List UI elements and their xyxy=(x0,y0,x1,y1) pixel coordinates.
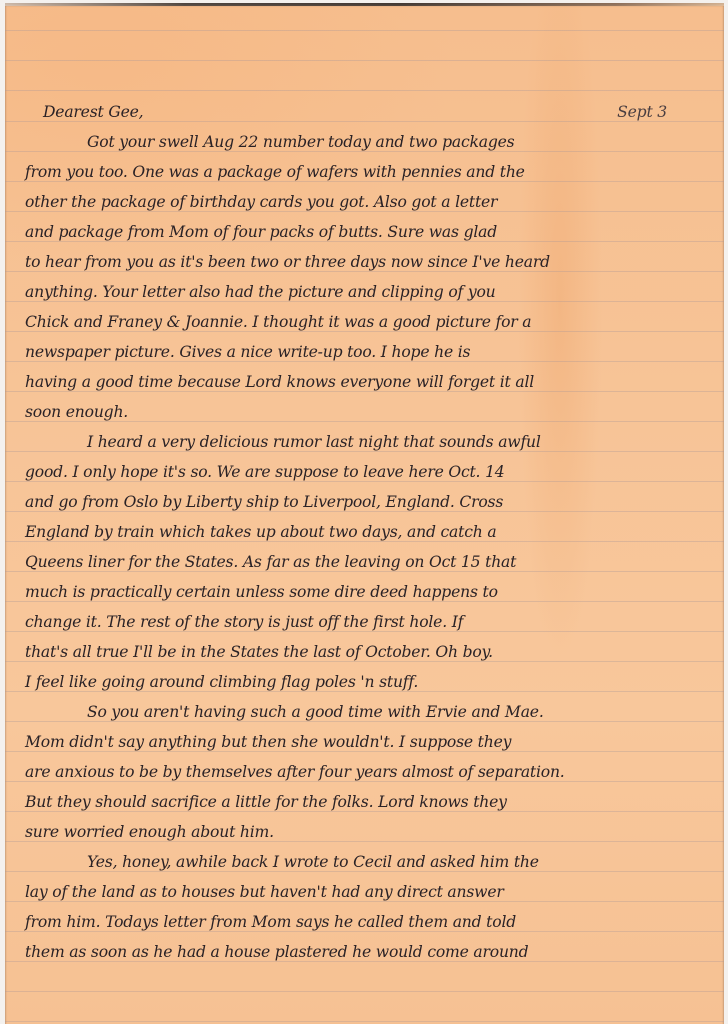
letter-line: anything. Your letter also had the pictu… xyxy=(25,277,715,307)
letter-line: England by train which takes up about tw… xyxy=(25,517,715,547)
letter-line: Chick and Franey & Joannie. I thought it… xyxy=(25,307,715,337)
letter-date: Sept 3 xyxy=(617,97,667,127)
letter-line: are anxious to be by themselves after fo… xyxy=(25,757,715,787)
letter-line: from you too. One was a package of wafer… xyxy=(25,157,715,187)
letter-line: Got your swell Aug 22 number today and t… xyxy=(25,127,715,157)
letter-line: change it. The rest of the story is just… xyxy=(25,607,715,637)
letter-line: Queens liner for the States. As far as t… xyxy=(25,547,715,577)
letter-line: to hear from you as it's been two or thr… xyxy=(25,247,715,277)
letter-line: much is practically certain unless some … xyxy=(25,577,715,607)
letter-line: Yes, honey, awhile back I wrote to Cecil… xyxy=(25,847,715,877)
salutation: Dearest Gee, xyxy=(25,97,143,127)
letter-line: lay of the land as to houses but haven't… xyxy=(25,877,715,907)
letter-line: that's all true I'll be in the States th… xyxy=(25,637,715,667)
letter-line: them as soon as he had a house plastered… xyxy=(25,937,715,967)
letter-line: sure worried enough about him. xyxy=(25,817,715,847)
letter-line: I heard a very delicious rumor last nigh… xyxy=(25,427,715,457)
letter-line: good. I only hope it's so. We are suppos… xyxy=(25,457,715,487)
letter-line: But they should sacrifice a little for t… xyxy=(25,787,715,817)
letter-body: Dearest Gee, Sept 3 Got your swell Aug 2… xyxy=(25,97,715,967)
letter-line: from him. Todays letter from Mom says he… xyxy=(25,907,715,937)
letter-line: soon enough. xyxy=(25,397,715,427)
letter-line: having a good time because Lord knows ev… xyxy=(25,367,715,397)
letter-line: and package from Mom of four packs of bu… xyxy=(25,217,715,247)
letter-header: Dearest Gee, Sept 3 xyxy=(25,97,715,127)
letter-lines: Got your swell Aug 22 number today and t… xyxy=(25,127,715,967)
page-top-edge-shadow xyxy=(5,3,724,6)
letter-line: I feel like going around climbing flag p… xyxy=(25,667,715,697)
letter-page: Dearest Gee, Sept 3 Got your swell Aug 2… xyxy=(5,3,724,1024)
letter-line: other the package of birthday cards you … xyxy=(25,187,715,217)
letter-line: newspaper picture. Gives a nice write-up… xyxy=(25,337,715,367)
letter-line: and go from Oslo by Liberty ship to Live… xyxy=(25,487,715,517)
letter-line: So you aren't having such a good time wi… xyxy=(25,697,715,727)
letter-line: Mom didn't say anything but then she wou… xyxy=(25,727,715,757)
